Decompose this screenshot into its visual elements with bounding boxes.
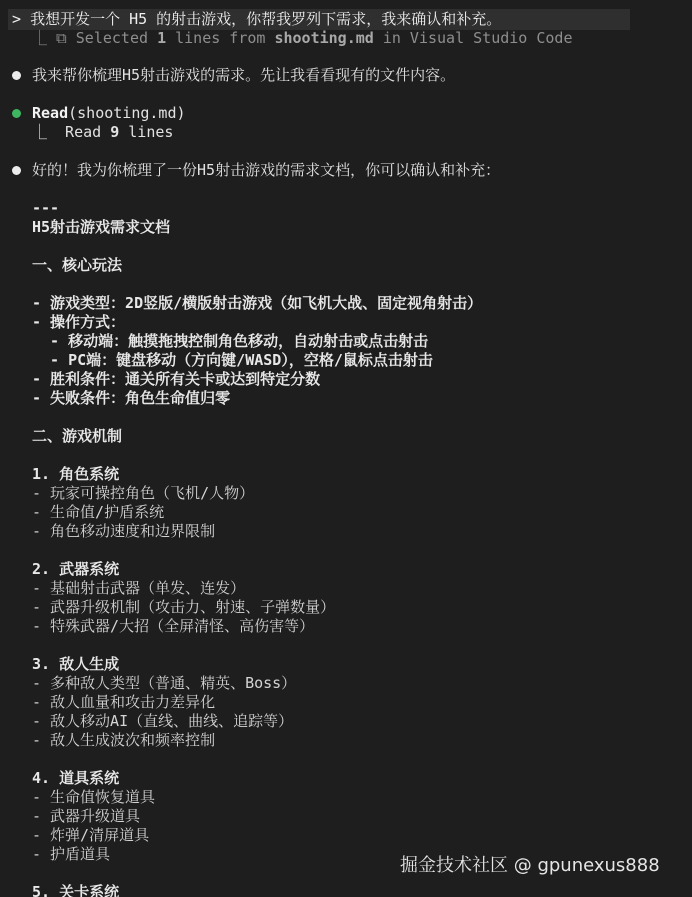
document-line: 一、核心玩法 — [32, 256, 122, 275]
message-bullet-icon — [12, 71, 21, 80]
message-bullet-icon — [12, 166, 21, 175]
document-line: - 玩家可操控角色（飞机/人物） — [32, 484, 254, 503]
document-line: - 失败条件：角色生命值归零 — [32, 389, 230, 408]
document-line: - 角色移动速度和边界限制 — [32, 522, 215, 541]
document-line: 3. 敌人生成 — [32, 655, 119, 674]
document-line: 二、游戏机制 — [32, 427, 122, 446]
document-line: - 敌人移动AI（直线、曲线、追踪等） — [32, 712, 293, 731]
document-line: - 敌人血量和攻击力差异化 — [32, 693, 215, 712]
document-line: H5射击游戏需求文档 — [32, 218, 170, 237]
document-line: - 生命值恢复道具 — [32, 788, 155, 807]
watermark: 掘金技术社区 @ gpunexus888 — [400, 851, 660, 877]
assistant-message: 我来帮你梳理H5射击游戏的需求。先让我看看现有的文件内容。 — [32, 66, 455, 85]
document-line: - 移动端：触摸拖拽控制角色移动，自动射击或点击射击 — [32, 332, 428, 351]
document-line: - 武器升级机制（攻击力、射速、子弹数量） — [32, 598, 335, 617]
tool-result: ⎿ Read 9 lines — [32, 123, 173, 142]
document-line: --- — [32, 199, 59, 218]
selection-count: 1 — [157, 29, 166, 47]
document-line: - 基础射击武器（单发、连发） — [32, 579, 245, 598]
document-line: - 生命值/护盾系统 — [32, 503, 164, 522]
document-line: - 操作方式： — [32, 313, 125, 332]
document-line: 1. 角色系统 — [32, 465, 119, 484]
tool-result-count: 9 — [110, 123, 119, 141]
selection-source: in Visual Studio Code — [374, 29, 573, 47]
document-line: 5. 关卡系统 — [32, 883, 119, 897]
document-line: 2. 武器系统 — [32, 560, 119, 579]
document-line: - 炸弹/清屏道具 — [32, 826, 149, 845]
document-line: - 多种敌人类型（普通、精英、Boss） — [32, 674, 296, 693]
document-line: - 护盾道具 — [32, 845, 110, 864]
selection-icon: ⎿ ⧉ Selected — [32, 29, 157, 47]
document-line: - 胜利条件：通关所有关卡或达到特定分数 — [32, 370, 320, 389]
prompt-text: 我想开发一个 H5 的射击游戏，你帮我罗列下需求，我来确认和补充。 — [30, 10, 501, 28]
tool-status-icon — [12, 109, 21, 118]
tool-result-prefix: ⎿ Read — [32, 123, 110, 141]
prompt-marker: > — [12, 10, 21, 28]
document-line: - PC端：键盘移动（方向键/WASD），空格/鼠标点击射击 — [32, 351, 433, 370]
selection-context: ⎿ ⧉ Selected 1 lines from shooting.md in… — [32, 29, 573, 48]
document-line: 4. 道具系统 — [32, 769, 119, 788]
user-prompt: > 我想开发一个 H5 的射击游戏，你帮我罗列下需求，我来确认和补充。 — [12, 10, 501, 29]
tool-args: (shooting.md) — [68, 104, 185, 122]
document-line: - 特殊武器/大招（全屏清怪、高伤害等） — [32, 617, 314, 636]
selection-mid: lines from — [166, 29, 274, 47]
assistant-reply-intro: 好的！我为你梳理了一份H5射击游戏的需求文档，你可以确认和补充： — [32, 161, 500, 180]
document-line: - 武器升级道具 — [32, 807, 140, 826]
document-line: - 敌人生成波次和频率控制 — [32, 731, 215, 750]
tool-result-suffix: lines — [119, 123, 173, 141]
document-line: - 游戏类型：2D竖版/横版射击游戏（如飞机大战、固定视角射击） — [32, 294, 482, 313]
tool-name: Read — [32, 104, 68, 122]
selection-file: shooting.md — [274, 29, 373, 47]
tool-call: Read(shooting.md) — [32, 104, 186, 123]
